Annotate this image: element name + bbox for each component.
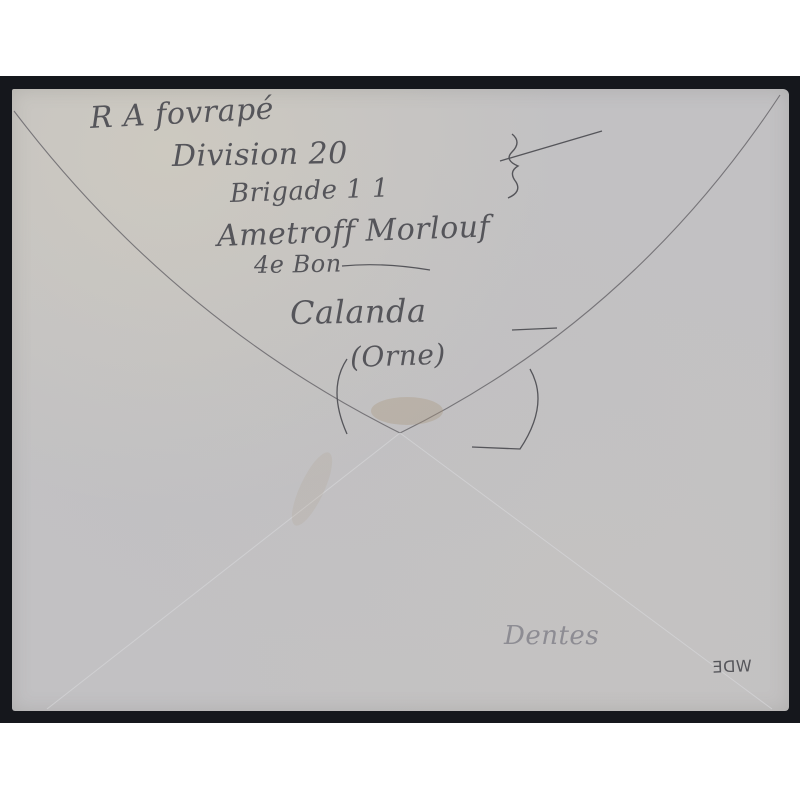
brace-mark	[508, 134, 518, 198]
handwriting-line-3: Brigade 1 1	[229, 173, 389, 209]
stain	[371, 397, 443, 425]
envelope-back: R A fovrapé Division 20 Brigade 1 1 Amet…	[12, 89, 789, 711]
photo-stage: R A fovrapé Division 20 Brigade 1 1 Amet…	[0, 0, 800, 800]
handwriting-line-6: Calanda	[290, 292, 427, 332]
envelope-seams	[12, 89, 789, 711]
handwriting-line-7: (Orne)	[349, 338, 446, 374]
annotation-dentes: Dentes	[504, 621, 599, 651]
annotation-corner-mark: WDE	[712, 656, 752, 676]
handwriting-line-2: Division 20	[172, 136, 348, 174]
handwriting-line-5: 4e Bon	[254, 249, 342, 279]
flap-edge-line	[14, 95, 780, 433]
